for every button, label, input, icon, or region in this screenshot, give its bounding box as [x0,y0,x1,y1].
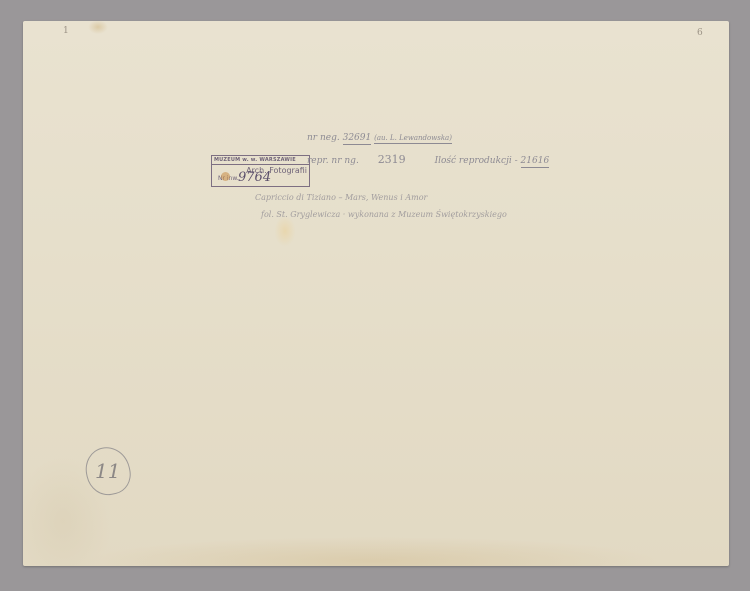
copies-label: Ilość reprodukcji - [435,156,518,166]
annotation-line-2: repr. nr ng. 2319 Ilość reprodukcji - 21… [307,153,549,166]
stain [221,172,230,181]
repr-number: 2319 [378,153,406,166]
neg-number: 32691 [343,133,372,145]
copies-value: 21616 [521,156,550,168]
corner-mark-top-left: 1 [63,26,69,36]
corner-mark-top-right: 6 [697,28,703,38]
annotation-line-4: fol. St. Gryglewicza · wykonana z Muzeum… [261,210,507,219]
repr-prefix: repr. nr ng. [307,156,359,166]
stamp-museum-name: MUZEUM w. w. WARSZAWIE [212,156,309,165]
photo-back-card: 1 6 MUZEUM w. w. WARSZAWIE Arch. Fotogra… [23,21,729,566]
museum-stamp: MUZEUM w. w. WARSZAWIE Arch. Fotografii … [211,155,310,187]
circled-number: 11 [81,443,134,499]
stamp-inventory-number: 9764 [238,170,271,185]
neg-note: (au. L. Lewandowska) [374,134,452,144]
annotation-line-1: nr neg. 32691 (au. L. Lewandowska) [307,133,452,143]
neg-prefix: nr neg. [307,133,340,143]
annotation-line-3: Capriccio di Tiziano – Mars, Wenus i Amo… [255,193,427,202]
